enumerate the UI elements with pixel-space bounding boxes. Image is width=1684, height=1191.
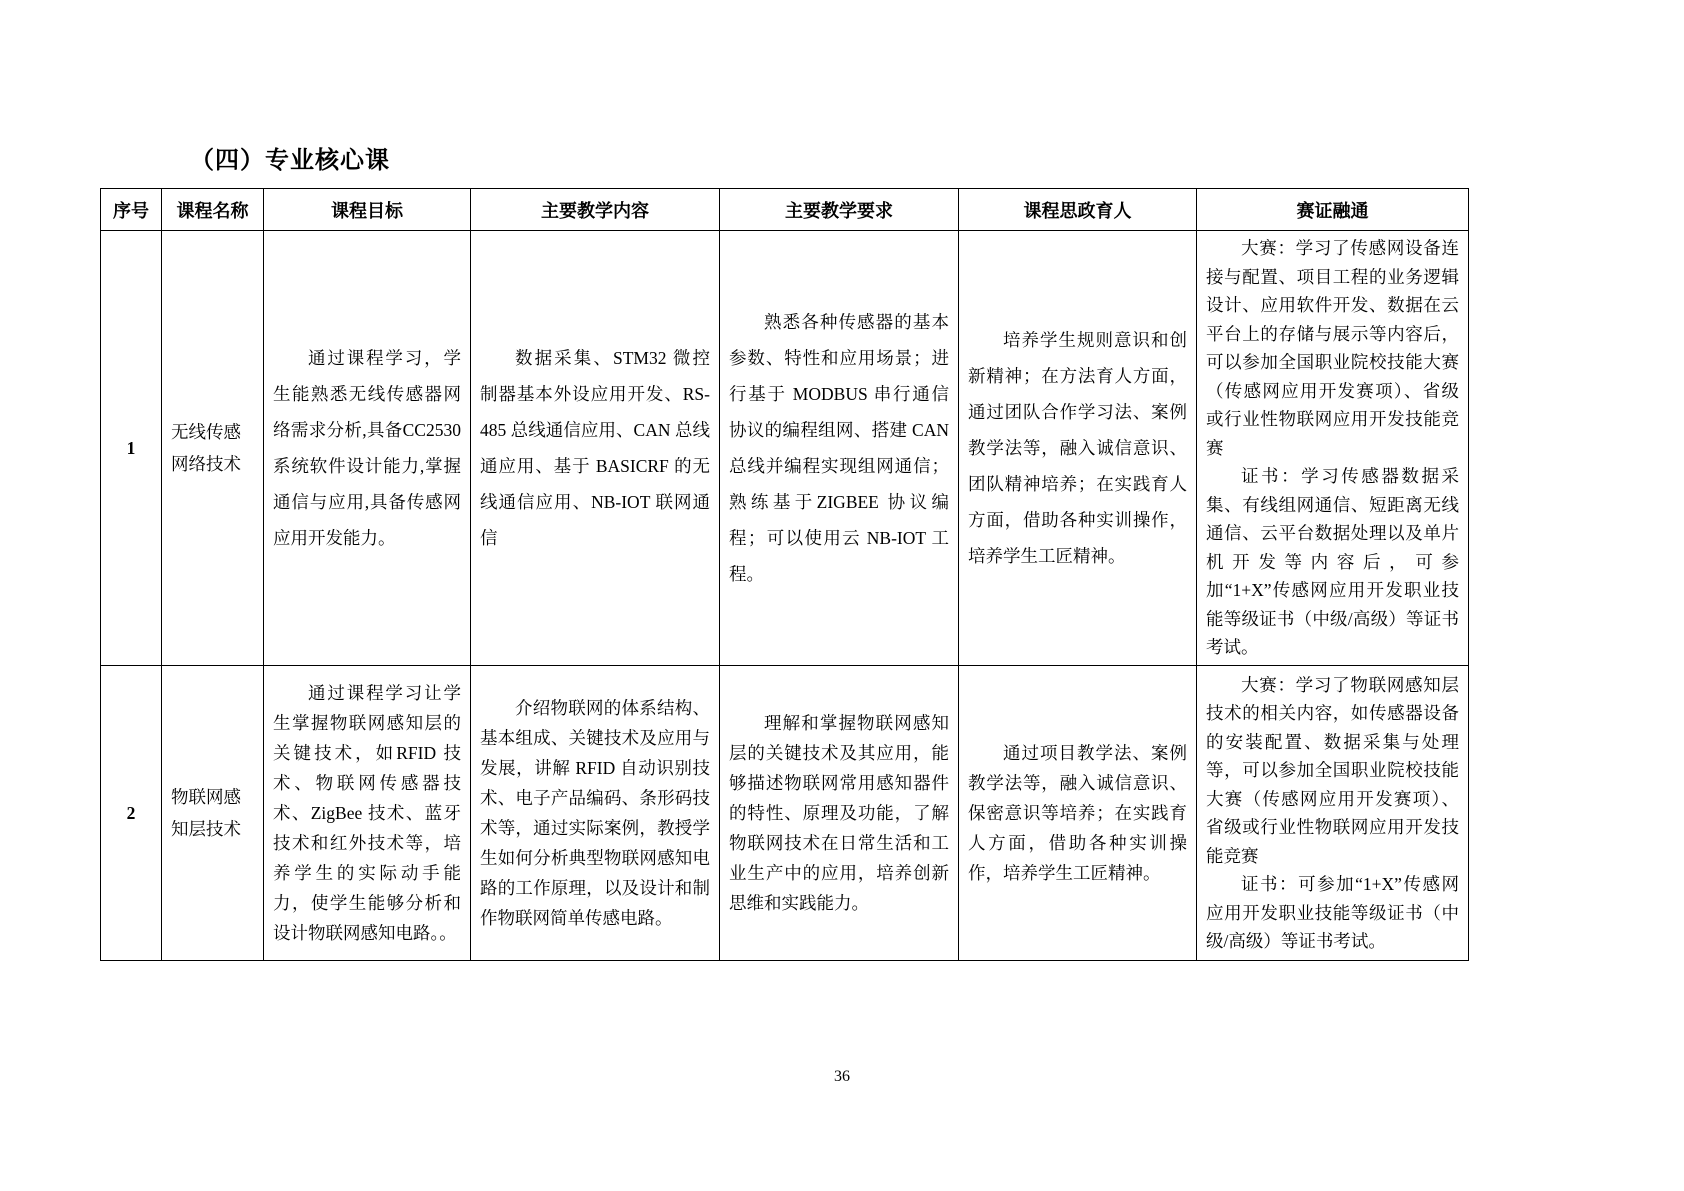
cell-content: 介绍物联网的体系结构、基本组成、关键技术及应用与发展，讲解 RFID 自动识别技… <box>471 666 720 961</box>
section-title: （四）专业核心课 <box>190 140 390 175</box>
certificate-text: 证书：学习传感器数据采集、有线组网通信、短距离无线通信、云平台数据处理以及单片机… <box>1206 462 1459 662</box>
core-course-table: 序号 课程名称 课程目标 主要教学内容 主要教学要求 课程思政育人 赛证融通 1… <box>100 188 1469 961</box>
cell-ideology: 培养学生规则意识和创新精神；在方法育人方面，通过团队合作学习法、案例教学法等，融… <box>959 231 1197 666</box>
table-row-course-2: 2 物联网感知层技术 通过课程学习让学生掌握物联网感知层的关键技术，如RFID … <box>101 666 1469 961</box>
content-text: 介绍物联网的体系结构、基本组成、关键技术及应用与发展，讲解 RFID 自动识别技… <box>480 693 710 933</box>
header-content: 主要教学内容 <box>471 189 720 231</box>
table-row-course-1: 1 无线传感网络技术 通过课程学习，学生能熟悉无线传感器网络需求分析,具备CC2… <box>101 231 1469 666</box>
cell-index: 1 <box>101 231 162 666</box>
header-competition: 赛证融通 <box>1197 189 1469 231</box>
objectives-text: 通过课程学习让学生掌握物联网感知层的关键技术，如RFID 技术、物联网传感器技术… <box>273 678 461 948</box>
cell-course-name: 物联网感知层技术 <box>162 666 264 961</box>
table-header-row: 序号 课程名称 课程目标 主要教学内容 主要教学要求 课程思政育人 赛证融通 <box>101 189 1469 231</box>
page-number: 36 <box>0 1068 1684 1086</box>
cell-competition: 大赛：学习了传感网设备连接与配置、项目工程的业务逻辑设计、应用软件开发、数据在云… <box>1197 231 1469 666</box>
content-text: 数据采集、STM32 微控制器基本外设应用开发、RS-485 总线通信应用、CA… <box>480 340 710 556</box>
ideology-text: 通过项目教学法、案例教学法等，融入诚信意识、保密意识等培养；在实践育人方面，借助… <box>968 738 1187 888</box>
objectives-text: 通过课程学习，学生能熟悉无线传感器网络需求分析,具备CC2530 系统软件设计能… <box>273 340 461 556</box>
cell-content: 数据采集、STM32 微控制器基本外设应用开发、RS-485 总线通信应用、CA… <box>471 231 720 666</box>
ideology-text: 培养学生规则意识和创新精神；在方法育人方面，通过团队合作学习法、案例教学法等，融… <box>968 322 1187 574</box>
cell-index: 2 <box>101 666 162 961</box>
cell-ideology: 通过项目教学法、案例教学法等，融入诚信意识、保密意识等培养；在实践育人方面，借助… <box>959 666 1197 961</box>
cell-requirements: 理解和掌握物联网感知层的关键技术及其应用，能够描述物联网常用感知器件的特性、原理… <box>720 666 959 961</box>
cell-objectives: 通过课程学习让学生掌握物联网感知层的关键技术，如RFID 技术、物联网传感器技术… <box>264 666 471 961</box>
competition-text: 大赛：学习了物联网感知层技术的相关内容，如传感器设备的安装配置、数据采集与处理等… <box>1206 671 1459 871</box>
header-course-name: 课程名称 <box>162 189 264 231</box>
requirements-text: 熟悉各种传感器的基本参数、特性和应用场景；进行基于 MODBUS 串行通信协议的… <box>729 304 949 592</box>
competition-text: 大赛：学习了传感网设备连接与配置、项目工程的业务逻辑设计、应用软件开发、数据在云… <box>1206 234 1459 462</box>
header-requirements: 主要教学要求 <box>720 189 959 231</box>
header-objectives: 课程目标 <box>264 189 471 231</box>
document-page: （四）专业核心课 序号 课程名称 课程目标 主要教学内容 主要教学要求 课程思政… <box>0 0 1684 1191</box>
cell-objectives: 通过课程学习，学生能熟悉无线传感器网络需求分析,具备CC2530 系统软件设计能… <box>264 231 471 666</box>
cell-course-name: 无线传感网络技术 <box>162 231 264 666</box>
certificate-text: 证书：可参加“1+X”传感网应用开发职业技能等级证书（中级/高级）等证书考试。 <box>1206 870 1459 956</box>
header-ideology: 课程思政育人 <box>959 189 1197 231</box>
cell-competition: 大赛：学习了物联网感知层技术的相关内容，如传感器设备的安装配置、数据采集与处理等… <box>1197 666 1469 961</box>
requirements-text: 理解和掌握物联网感知层的关键技术及其应用，能够描述物联网常用感知器件的特性、原理… <box>729 708 949 918</box>
header-index: 序号 <box>101 189 162 231</box>
cell-requirements: 熟悉各种传感器的基本参数、特性和应用场景；进行基于 MODBUS 串行通信协议的… <box>720 231 959 666</box>
